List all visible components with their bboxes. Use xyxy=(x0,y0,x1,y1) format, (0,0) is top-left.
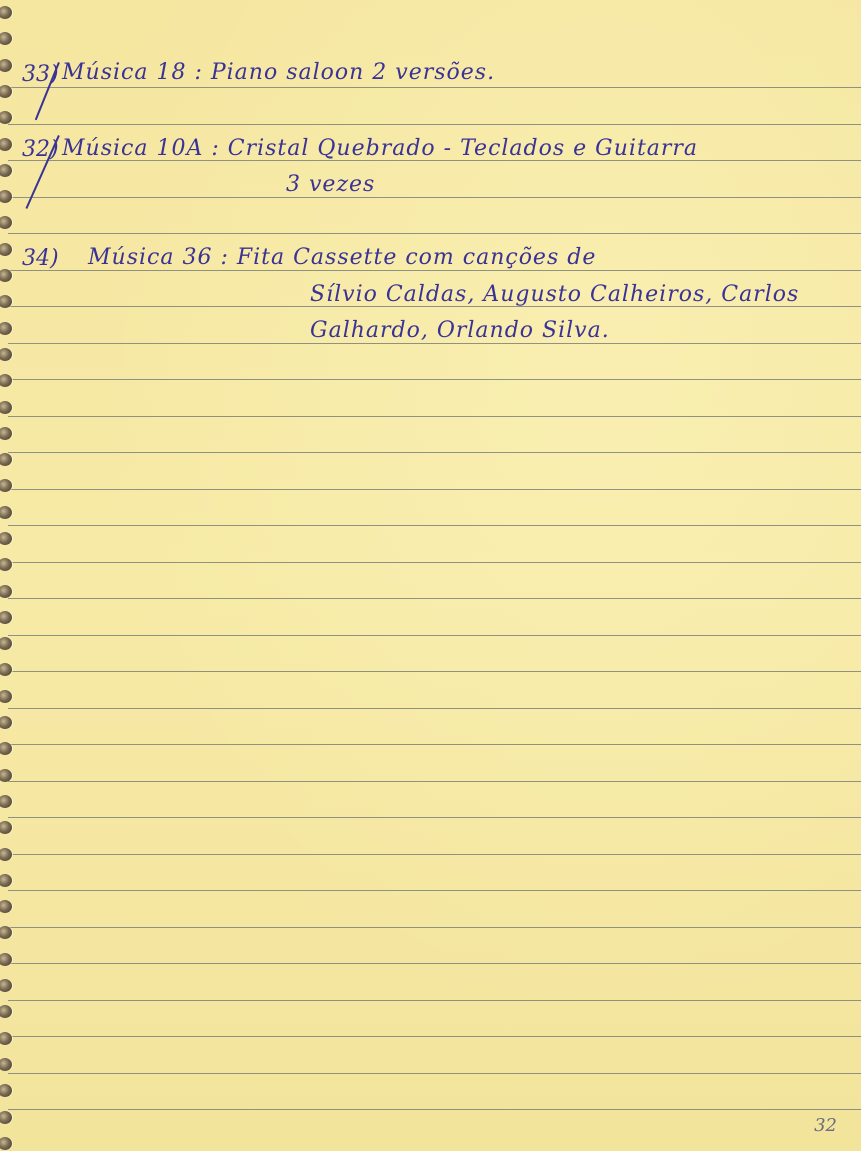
binding-hole xyxy=(0,1111,12,1124)
entry-text: Sílvio Caldas, Augusto Calheiros, Carlos xyxy=(310,282,799,307)
binding-hole xyxy=(0,59,12,72)
rule-line xyxy=(8,817,861,818)
rule-line xyxy=(8,525,861,526)
page-number: 32 xyxy=(814,1115,837,1136)
rule-line xyxy=(8,562,861,563)
rule-line xyxy=(8,1109,861,1110)
rule-line xyxy=(8,963,861,964)
rule-line xyxy=(8,87,861,88)
binding-hole xyxy=(0,611,12,624)
binding-hole xyxy=(0,690,12,703)
binding-hole xyxy=(0,821,12,834)
binding-hole xyxy=(0,32,12,45)
entry-text: Música 10A : Cristal Quebrado - Teclados… xyxy=(62,136,698,161)
binding-hole xyxy=(0,979,12,992)
binding-hole xyxy=(0,1005,12,1018)
binding-hole xyxy=(0,1084,12,1097)
entry-text: Música 18 : Piano saloon 2 versões. xyxy=(62,60,495,85)
binding-hole xyxy=(0,637,12,650)
rule-line xyxy=(8,452,861,453)
rule-line xyxy=(8,489,861,490)
binding-hole xyxy=(0,401,12,414)
rule-line xyxy=(8,781,861,782)
binding-hole xyxy=(0,427,12,440)
binding-hole xyxy=(0,164,12,177)
binding-hole xyxy=(0,953,12,966)
binding-hole xyxy=(0,585,12,598)
binding-hole xyxy=(0,716,12,729)
binding-hole xyxy=(0,742,12,755)
rule-line xyxy=(8,379,861,380)
entry-text: 3 vezes xyxy=(286,172,375,197)
binding-hole xyxy=(0,6,12,19)
rule-line xyxy=(8,233,861,234)
binding-hole xyxy=(0,1137,12,1150)
entry-text: Galhardo, Orlando Silva. xyxy=(310,318,610,343)
binding-hole xyxy=(0,479,12,492)
binding-hole xyxy=(0,374,12,387)
binding-hole xyxy=(0,216,12,229)
entry-number: 34) xyxy=(22,246,59,271)
entry-text: Música 36 : Fita Cassette com canções de xyxy=(88,245,596,270)
binding-hole xyxy=(0,1058,12,1071)
binding-hole xyxy=(0,558,12,571)
rule-line xyxy=(8,270,861,271)
rule-line xyxy=(8,416,861,417)
rule-line xyxy=(8,1000,861,1001)
binding-hole xyxy=(0,138,12,151)
rule-line xyxy=(8,744,861,745)
binding-hole xyxy=(0,795,12,808)
binding-hole xyxy=(0,85,12,98)
binding-hole xyxy=(0,506,12,519)
binding-hole xyxy=(0,111,12,124)
binding-hole xyxy=(0,269,12,282)
rule-line xyxy=(8,343,861,344)
binding-hole xyxy=(0,848,12,861)
binding-hole xyxy=(0,900,12,913)
binding-hole xyxy=(0,663,12,676)
binding-hole xyxy=(0,453,12,466)
rule-line xyxy=(8,1073,861,1074)
rule-line xyxy=(8,1036,861,1037)
binding-hole xyxy=(0,322,12,335)
binding-hole xyxy=(0,532,12,545)
rule-line xyxy=(8,708,861,709)
rule-line xyxy=(8,635,861,636)
notebook-page: 33) Música 18 : Piano saloon 2 versões. … xyxy=(0,0,861,1151)
rule-line xyxy=(8,671,861,672)
binding-hole xyxy=(0,348,12,361)
binding-hole xyxy=(0,190,12,203)
rule-line xyxy=(8,854,861,855)
binding-hole xyxy=(0,1032,12,1045)
rule-line xyxy=(8,598,861,599)
binding-hole xyxy=(0,926,12,939)
rule-line xyxy=(8,890,861,891)
rule-line xyxy=(8,927,861,928)
rule-line xyxy=(8,124,861,125)
rule-line xyxy=(8,197,861,198)
binding-hole xyxy=(0,243,12,256)
binding-hole xyxy=(0,874,12,887)
